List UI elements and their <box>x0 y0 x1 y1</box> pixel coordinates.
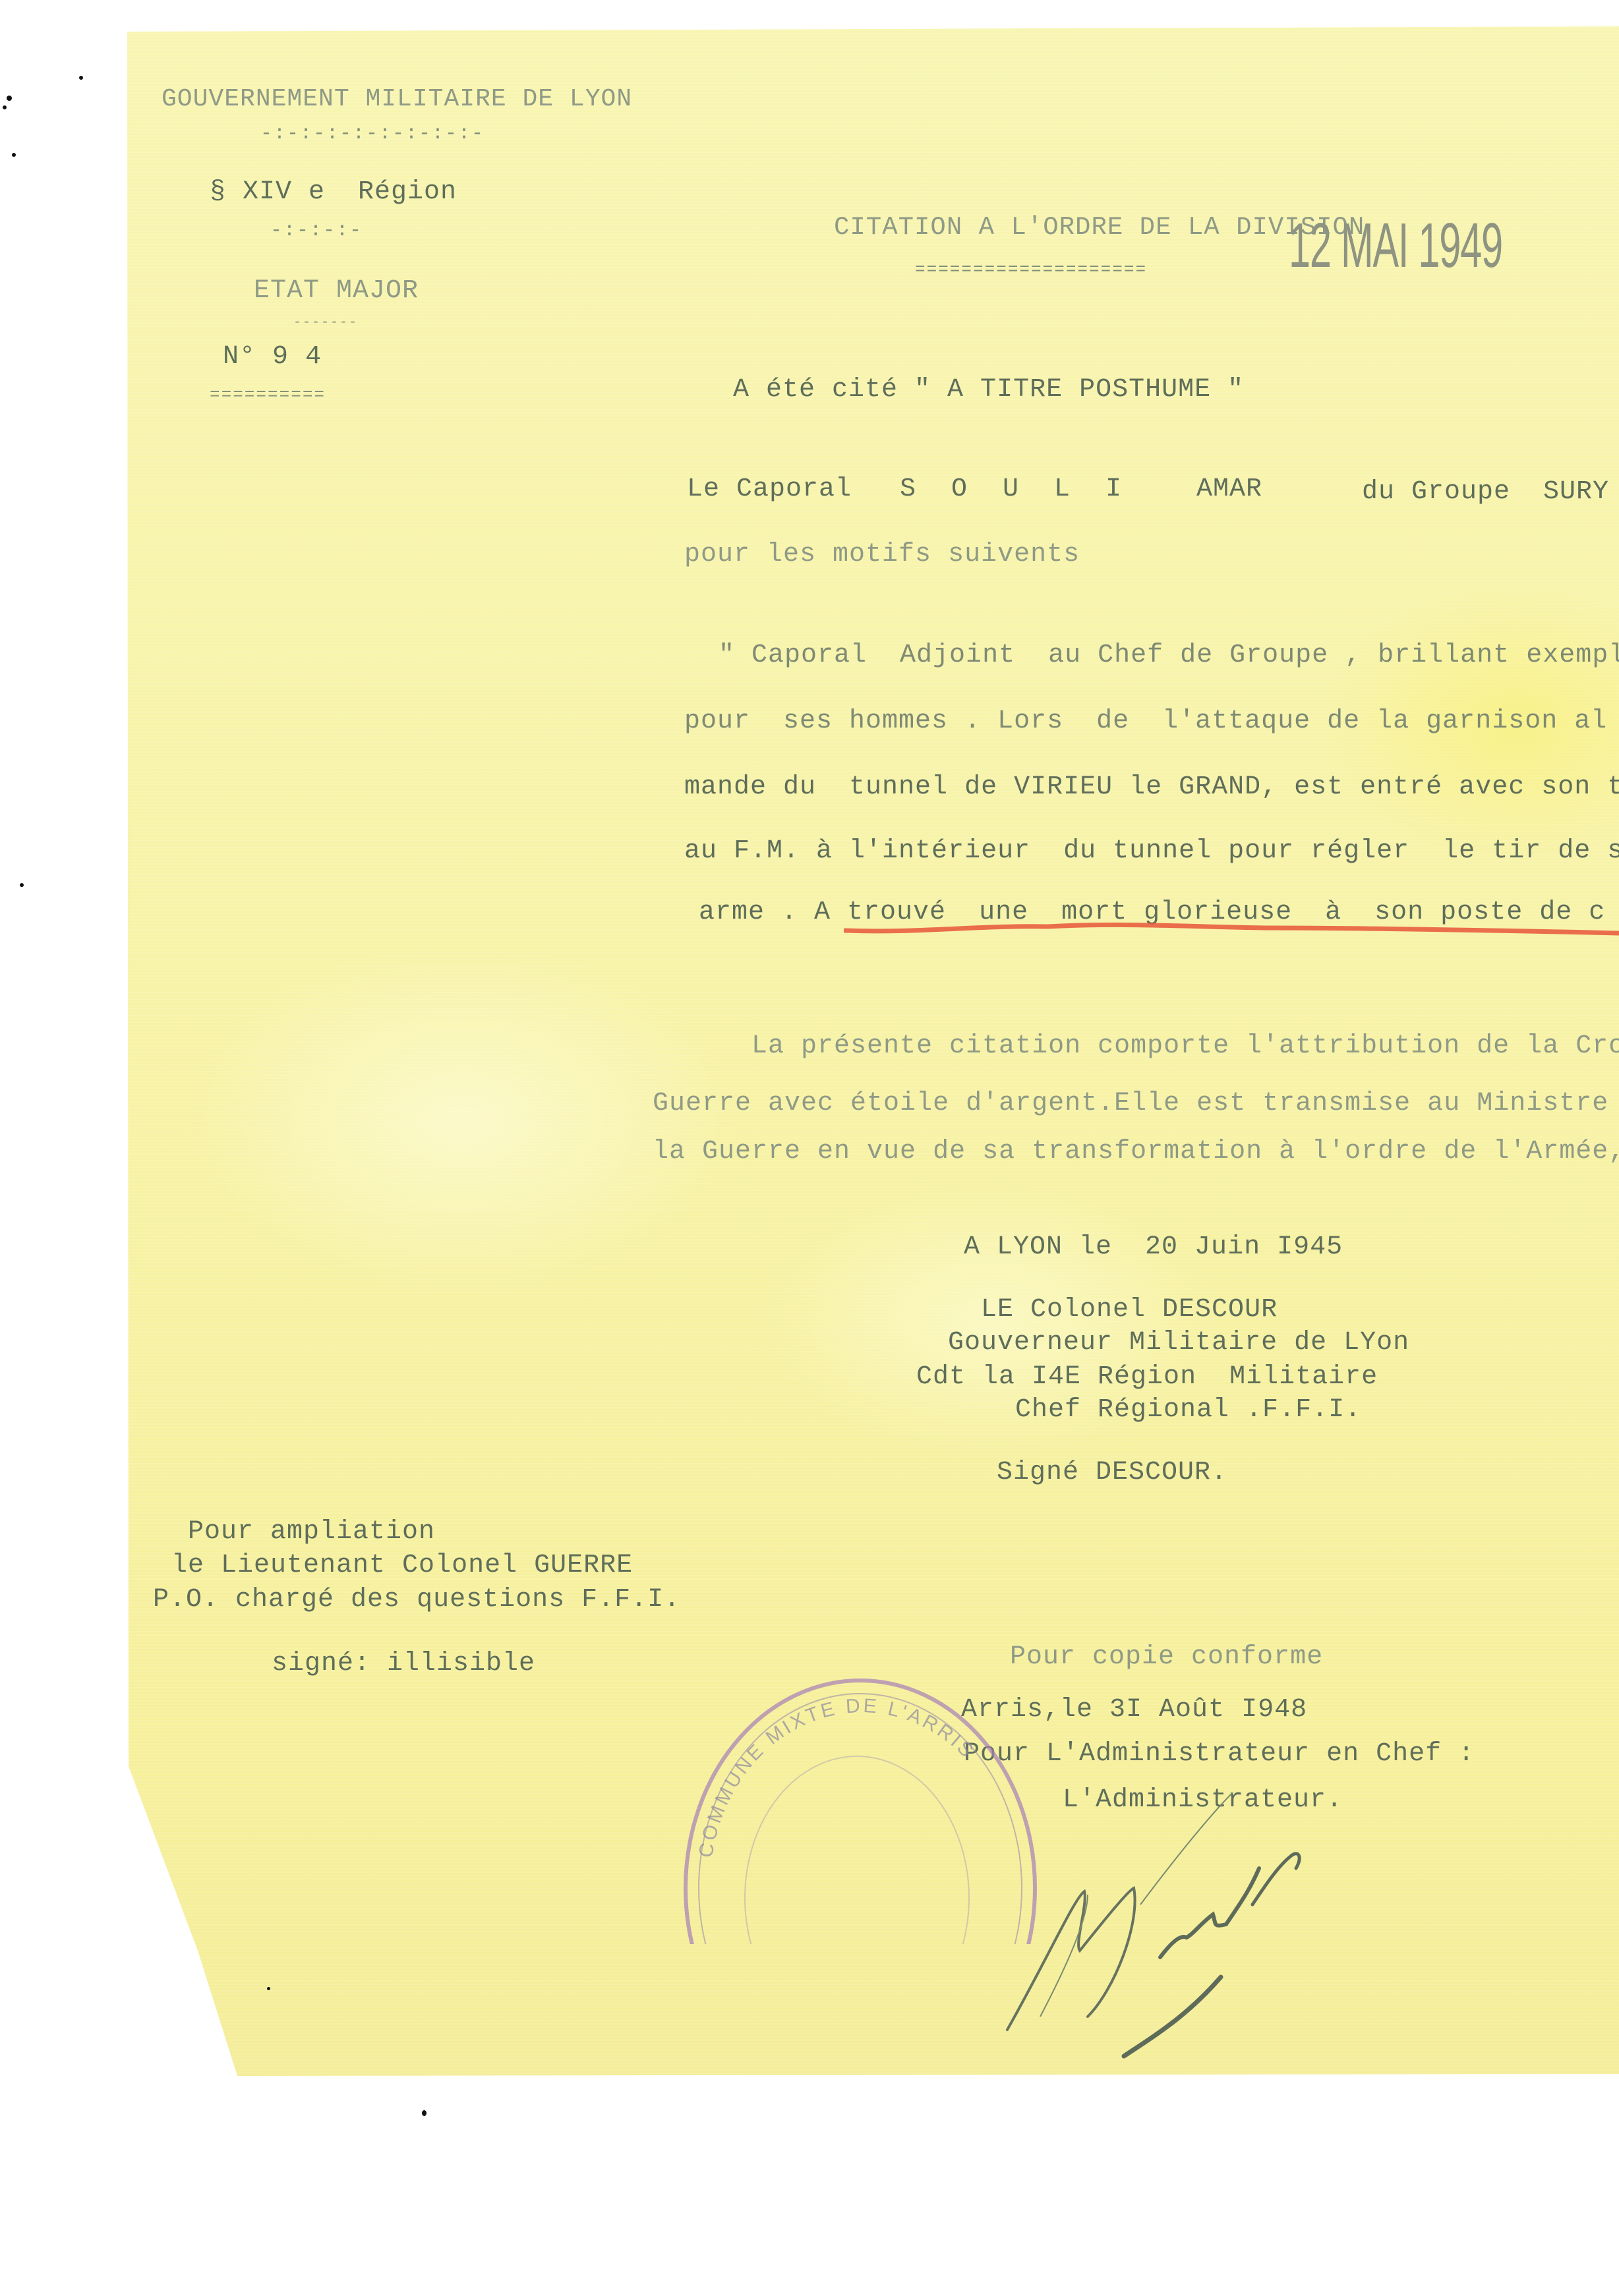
scan-speck <box>79 76 83 80</box>
ampliation-line: le Lieutenant Colonel GUERRE <box>171 1553 633 1579</box>
subject-first-name: AMAR <box>1196 476 1262 503</box>
citation-line: mande du tunnel de VIRIEU le GRAND, est … <box>684 774 1619 801</box>
seal-text: COMMUNE MIXTE DE L'ARRIS <box>695 1695 979 1859</box>
award-line: La présente citation comporte l'attribut… <box>751 1033 1619 1060</box>
number-separator: ========== <box>210 386 326 403</box>
scan-speck <box>7 96 12 101</box>
citation-line: au F.M. à l'intérieur du tunnel pour rég… <box>684 838 1619 865</box>
title-separator: ==================== <box>915 261 1147 278</box>
scan-speck <box>267 1987 270 1990</box>
place-date: A LYON le 20 Juin I945 <box>964 1234 1343 1261</box>
staff-separator: ------- <box>293 316 358 330</box>
scan-speck <box>3 105 7 109</box>
region-separator: -:-:-:- <box>270 221 363 241</box>
subject-unit: du Groupe SURY <box>1362 479 1609 505</box>
signatory-line: Chef Régional .F.F.I. <box>1015 1397 1361 1423</box>
ampliation-line: Pour ampliation <box>188 1519 435 1545</box>
certified-copy-line: Pour copie conforme <box>1010 1644 1323 1671</box>
ampliation-signed: signé: illisible <box>272 1651 535 1677</box>
subject-surname: S O U L I <box>900 476 1122 503</box>
staff-label: ETAT MAJOR <box>254 278 419 304</box>
award-line: la Guerre en vue de sa transformation à … <box>653 1139 1619 1165</box>
signatory-line: LE Colonel DESCOUR <box>981 1297 1278 1323</box>
handwritten-signature <box>995 1793 1430 2082</box>
signatory-line: Gouverneur Militaire de LYon <box>948 1330 1409 1356</box>
ampliation-line: P.O. chargé des questions F.F.I. <box>153 1587 680 1613</box>
reasons-intro: pour les motifs suivents <box>684 542 1080 568</box>
authority-header: GOUVERNEMENT MILITAIRE DE LYON <box>162 87 632 112</box>
scan-speck <box>12 153 16 157</box>
award-line: Guerre avec étoile d'argent.Elle est tra… <box>653 1091 1608 1117</box>
document-number: N° 9 4 <box>223 344 322 370</box>
signatory-line: Signé DESCOUR. <box>997 1460 1227 1486</box>
subject-rank: Le Caporal <box>687 476 852 503</box>
citation-title: CITATION A L'ORDRE DE LA DIVISION <box>834 215 1365 241</box>
svg-text:COMMUNE MIXTE DE L'ARRIS: COMMUNE MIXTE DE L'ARRIS <box>695 1695 979 1859</box>
citation-line: " Caporal Adjoint au Chef de Groupe , br… <box>719 643 1619 669</box>
region-label: § XIV e Région <box>210 179 457 206</box>
citation-line: pour ses hommes . Lors de l'attaque de l… <box>684 708 1607 735</box>
red-pencil-underline <box>844 920 1619 937</box>
signatory-line: Cdt la I4E Région Militaire <box>916 1364 1378 1391</box>
scan-speck <box>422 2110 427 2116</box>
scan-speck <box>20 883 24 887</box>
authority-separator: -:-:-:-:-:-:-:-:- <box>260 124 485 144</box>
received-date-stamp: 12 MAI 1949 <box>1289 210 1502 282</box>
posthumous-line: A été cité " A TITRE POSTHUME " <box>733 377 1244 403</box>
